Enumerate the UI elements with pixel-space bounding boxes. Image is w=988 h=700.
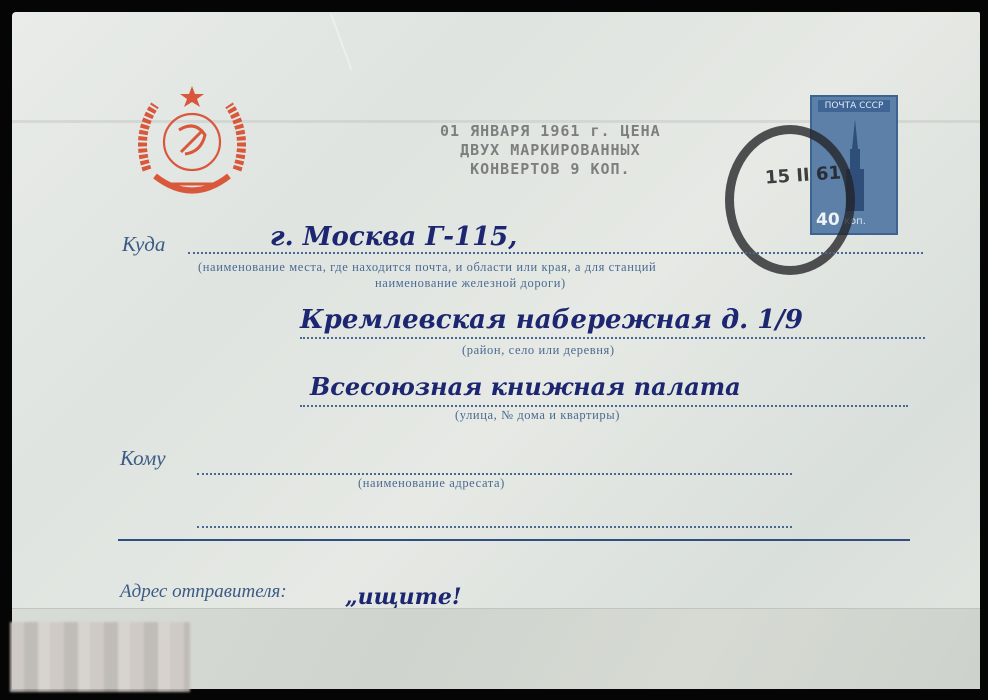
to-where-label: Куда [122,232,165,257]
hint-district: (район, село или деревня) [462,343,615,358]
sender-label: Адрес отправителя: [120,581,287,603]
to-where-line-2 [300,337,925,339]
address-street: Кремлевская набережная д. 1/9 [300,305,803,335]
to-whom-label: Кому [120,446,166,471]
separator-rule [118,539,910,541]
to-where-line-3 [300,405,908,407]
blurred-watermark [10,622,190,692]
hint-addressee: (наименование адресата) [358,476,505,491]
coat-of-arms-emblem [127,80,257,210]
address-organization: Всесоюзная книжная палата [310,372,741,401]
hint-street: (улица, № дома и квартиры) [455,408,620,423]
to-where-line-1 [188,252,923,254]
to-whom-line-2 [197,526,792,528]
cancel-line-2: ДВУХ МАРКИРОВАННЫХ [440,141,661,160]
address-city: г. Москва Г-115, [270,222,517,252]
to-whom-line [197,473,792,475]
sender-value: „ищите! [345,584,462,610]
hint-place: (наименование места, где находится почта… [198,260,656,275]
cancel-line-3: КОНВЕРТОВ 9 КОП. [440,160,661,179]
printed-price-cancel: 01 ЯНВАРЯ 1961 г. ЦЕНА ДВУХ МАРКИРОВАННЫ… [440,122,661,179]
stamp-header: ПОЧТА СССР [818,100,890,112]
cancel-line-1: 01 ЯНВАРЯ 1961 г. ЦЕНА [440,122,661,141]
hint-railway: наименование железной дороги) [375,276,566,291]
